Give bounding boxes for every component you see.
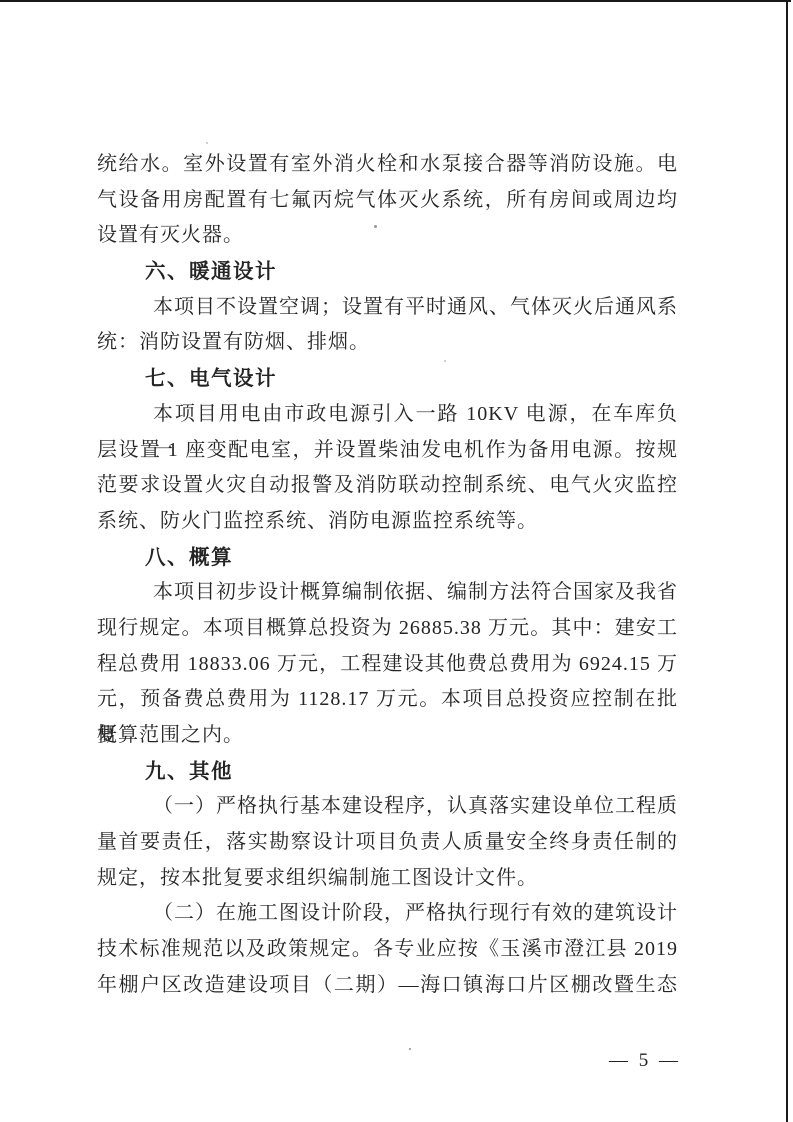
text-line: 本项目初步设计概算编制依据、编制方法符合国家及我省 [97,575,678,611]
text-line: 年棚户区改造建设项目（二期）—海口镇海口片区棚改暨生态 [97,968,678,1004]
text-line: 统给水。室外设置有室外消火栓和水泵接合器等消防设施。电 [97,147,678,183]
document-text-block: 统给水。室外设置有室外消火栓和水泵接合器等消防设施。电气设备用房配置有七氟丙烷气… [97,147,678,1004]
text-line: 概算范围之内。 [97,718,678,754]
text-line: 程总费用 18833.06 万元，工程建设其他费总费用为 6924.15 万 [97,647,678,683]
scan-artifact-top-edge [0,0,791,2]
text-line: （二）在施工图设计阶段，严格执行现行有效的建筑设计 [97,896,678,932]
text-line: 气设备用房配置有七氟丙烷气体灭火系统，所有房间或周边均 [97,183,678,219]
text-line: 层设置 1 座变配电室，并设置柴油发电机作为备用电源。按规 [97,433,678,469]
text-line: 本项目用电由市政电源引入一路 10KV 电源，在车库负一 [97,397,678,433]
text-line: 规定，按本批复要求组织编制施工图设计文件。 [97,861,678,897]
text-line: 统：消防设置有防烟、排烟。 [97,325,678,361]
text-line: （一）严格执行基本建设程序，认真落实建设单位工程质 [97,789,678,825]
document-page: 统给水。室外设置有室外消火栓和水泵接合器等消防设施。电气设备用房配置有七氟丙烷气… [0,0,793,1122]
text-line: 元，预备费总费用为 1128.17 万元。本项目总投资应控制在批复 [97,682,678,718]
scan-artifact-right-edge [786,0,788,1122]
text-line: 七、电气设计 [97,361,678,397]
text-line: 量首要责任，落实勘察设计项目负责人质量安全终身责任制的 [97,825,678,861]
text-line: 本项目不设置空调；设置有平时通风、气体灭火后通风系 [97,290,678,326]
text-line: 九、其他 [97,754,678,790]
scan-speck [206,142,208,144]
text-line: 系统、防火门监控系统、消防电源监控系统等。 [97,504,678,540]
text-line: 六、暖通设计 [97,254,678,290]
text-line: 范要求设置火灾自动报警及消防联动控制系统、电气火灾监控 [97,468,678,504]
text-line: 设置有灭火器。 [97,218,678,254]
text-line: 八、概算 [97,540,678,576]
page-number: — 5 — [570,1049,720,1073]
text-line: 技术标准规范以及政策规定。各专业应按《玉溪市澄江县 2019 [97,932,678,968]
scan-speck [409,1048,411,1050]
text-line: 现行规定。本项目概算总投资为 26885.38 万元。其中：建安工 [97,611,678,647]
